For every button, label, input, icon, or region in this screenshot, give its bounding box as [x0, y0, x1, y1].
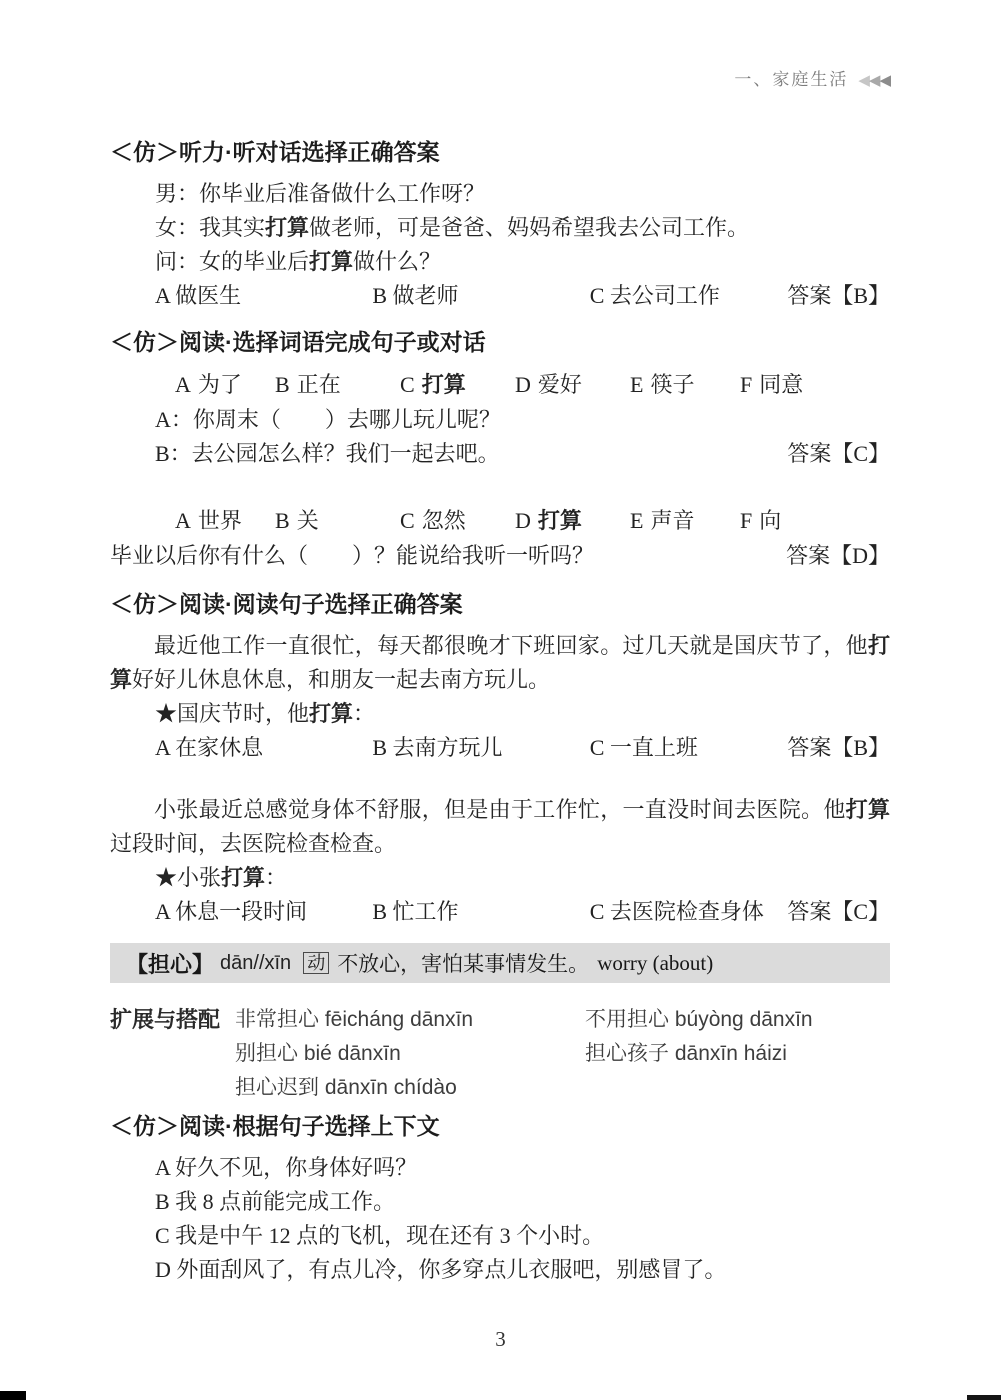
fill-blank-line-a: A：你周末（ ）去哪儿玩儿呢？	[155, 403, 890, 437]
bank-letter: E	[630, 372, 643, 397]
bank-item: A世界	[175, 503, 275, 539]
bank-word-target: 打算	[422, 372, 466, 397]
option-b: B 忙工作	[372, 895, 589, 929]
bank-word: 为了	[198, 372, 242, 397]
fill-blank-question: 毕业以后你有什么（ ）？能说给我听一听吗？	[110, 539, 594, 573]
bank-item: D爱好	[515, 367, 630, 403]
bank-item: B正在	[275, 367, 400, 403]
bank-item: E声音	[630, 503, 740, 539]
bank-word: 同意	[759, 372, 803, 397]
part-of-speech-tag: 动	[303, 952, 329, 974]
bank-word: 正在	[297, 372, 341, 397]
text-segment: 过段时间，去医院检查检查。	[110, 831, 396, 856]
option-a: A 休息一段时间	[155, 895, 372, 929]
answer-key: 答案【C】	[787, 437, 890, 471]
collocation-item: 别担心 bié dānxīn	[235, 1037, 585, 1071]
dialogue-line-male: 男：你毕业后准备做什么工作呀？	[155, 177, 890, 211]
collocations-block: 扩展与搭配 非常担心 fēicháng dānxīn 别担心 bié dānxī…	[110, 1003, 890, 1105]
bank-item: C忽然	[400, 503, 515, 539]
section-heading-word-choice: ＜仿＞阅读·选择词语完成句子或对话	[110, 329, 890, 355]
options-row: A 做医生 B 做老师 C 去公司工作 答案【B】	[155, 279, 890, 313]
bold-keyword: 打算	[265, 215, 309, 240]
triangle-left-icon: ◀	[869, 72, 880, 89]
answer-key: 答案【B】	[787, 279, 890, 313]
bank-letter: C	[400, 372, 415, 397]
word-bank-row: A为了 B正在 C打算 D爱好 E筷子 F同意	[175, 367, 890, 403]
bank-item: F向	[740, 503, 781, 539]
headword-banner: 【担心】 dān//xīn 动 不放心，害怕某事情发生。 worry (abou…	[110, 943, 890, 983]
text-segment: 男：你毕业后准备做什么工作呀？	[155, 181, 485, 206]
section-heading-reading: ＜仿＞阅读·阅读句子选择正确答案	[110, 591, 890, 617]
fill-blank-line-b: B：去公园怎么样？我们一起去吧。	[155, 437, 500, 471]
bank-letter: A	[175, 508, 191, 533]
text-segment: ：	[353, 701, 375, 726]
headword-english: worry (about)	[597, 951, 713, 976]
bank-letter: D	[515, 508, 531, 533]
collocations-label: 扩展与搭配	[110, 1003, 235, 1105]
bank-item: F同意	[740, 367, 803, 403]
bold-keyword: 打算	[846, 797, 890, 822]
section-heading-listening: ＜仿＞听力·听对话选择正确答案	[110, 139, 890, 165]
headword-definition: 不放心，害怕某事情发生。	[337, 948, 589, 978]
bank-word: 关	[297, 508, 319, 533]
text-segment: ：	[265, 865, 287, 890]
bank-letter: F	[740, 508, 752, 533]
option-c: C 去公司工作	[590, 279, 788, 313]
textbook-page: 一、家庭生活◀◀◀ ＜仿＞听力·听对话选择正确答案 男：你毕业后准备做什么工作呀…	[0, 0, 1001, 1400]
section-heading-context: ＜仿＞阅读·根据句子选择上下文	[110, 1113, 890, 1139]
triangle-left-icon: ◀	[858, 72, 869, 89]
bank-word: 筷子	[650, 372, 694, 397]
chapter-title: 一、家庭生活	[734, 70, 848, 89]
collocations-right-column: 不用担心 búyòng dānxīn 担心孩子 dānxīn háizi	[585, 1003, 813, 1105]
triangle-arrows: ◀◀◀	[858, 72, 890, 89]
page-number: 3	[0, 1327, 1001, 1352]
text-segment: 做老师，可是爸爸、妈妈希望我去公司工作。	[309, 215, 749, 240]
collocations-left-column: 非常担心 fēicháng dānxīn 别担心 bié dānxīn 担心迟到…	[235, 1003, 585, 1105]
option-b: B 去南方玩儿	[372, 731, 589, 765]
star-question-2: ★小张打算：	[155, 861, 890, 895]
bank-letter: E	[630, 508, 643, 533]
fill-blank-question-row: 毕业以后你有什么（ ）？能说给我听一听吗？ 答案【D】	[110, 539, 890, 573]
options-row: A 休息一段时间 B 忙工作 C 去医院检查身体 答案【C】	[155, 895, 890, 929]
bank-word: 声音	[650, 508, 694, 533]
bank-letter: F	[740, 372, 752, 397]
passage-1: 最近他工作一直很忙，每天都很晚才下班回家。过几天就是国庆节了，他打算好好儿休息休…	[110, 629, 890, 697]
bank-letter: D	[515, 372, 531, 397]
option-b: B 做老师	[372, 279, 589, 313]
collocation-item: 担心迟到 dānxīn chídào	[235, 1071, 585, 1105]
text-segment: 最近他工作一直很忙，每天都很晚才下班回家。过几天就是国庆节了，他	[154, 633, 868, 658]
text-segment: 好好儿休息休息，和朋友一起去南方玩儿。	[132, 667, 550, 692]
bank-letter: B	[275, 508, 290, 533]
triangle-left-icon: ◀	[879, 72, 890, 89]
passage-2: 小张最近总感觉身体不舒服，但是由于工作忙，一直没时间去医院。他打算过段时间，去医…	[110, 793, 890, 861]
bank-letter: A	[175, 372, 191, 397]
star-question-1: ★国庆节时，他打算：	[155, 697, 890, 731]
print-mark-bottom-left	[0, 1391, 26, 1400]
bank-letter: B	[275, 372, 290, 397]
bank-word: 向	[759, 508, 781, 533]
bank-word: 世界	[198, 508, 242, 533]
bank-word: 爱好	[538, 372, 582, 397]
bank-letter: C	[400, 508, 415, 533]
bold-keyword: 打算	[309, 701, 353, 726]
page-content: 一、家庭生活◀◀◀ ＜仿＞听力·听对话选择正确答案 男：你毕业后准备做什么工作呀…	[0, 0, 1001, 1287]
context-item-d: D 外面刮风了，有点儿冷，你多穿点儿衣服吧，别感冒了。	[155, 1253, 890, 1287]
text-segment: 问：女的毕业后	[155, 249, 309, 274]
answer-key: 答案【D】	[786, 539, 890, 573]
option-c: C 去医院检查身体	[590, 895, 788, 929]
option-a: A 做医生	[155, 279, 372, 313]
bank-item: C打算	[400, 367, 515, 403]
answer-key: 答案【C】	[787, 895, 890, 929]
option-c: C 一直上班	[590, 731, 788, 765]
collocation-item: 担心孩子 dānxīn háizi	[585, 1037, 813, 1071]
collocation-item: 不用担心 búyòng dānxīn	[585, 1003, 813, 1037]
bank-word-target: 打算	[538, 508, 582, 533]
context-item-c: C 我是中午 12 点的飞机，现在还有 3 个小时。	[155, 1219, 890, 1253]
option-a: A 在家休息	[155, 731, 372, 765]
dialogue-line-female: 女：我其实打算做老师，可是爸爸、妈妈希望我去公司工作。	[155, 211, 890, 245]
word-bank-row: A世界 B关 C忽然 D打算 E声音 F向	[175, 503, 890, 539]
context-item-a: A 好久不见，你身体好吗？	[155, 1151, 890, 1185]
bank-item: D打算	[515, 503, 630, 539]
text-segment: ★小张	[155, 865, 221, 890]
bold-keyword: 打算	[309, 249, 353, 274]
text-segment: ★国庆节时，他	[155, 701, 309, 726]
bold-keyword: 打算	[221, 865, 265, 890]
running-header: 一、家庭生活◀◀◀	[110, 0, 890, 93]
bank-item: A为了	[175, 367, 275, 403]
options-row: A 在家休息 B 去南方玩儿 C 一直上班 答案【B】	[155, 731, 890, 765]
headword-pinyin: dān//xīn	[220, 952, 291, 975]
bank-word: 忽然	[422, 508, 466, 533]
dialogue-line-question: 问：女的毕业后打算做什么？	[155, 245, 890, 279]
print-mark-bottom-right	[967, 1395, 1001, 1400]
headword: 【担心】	[126, 948, 214, 979]
answer-key: 答案【B】	[787, 731, 890, 765]
fill-blank-line-b-row: B：去公园怎么样？我们一起去吧。 答案【C】	[155, 437, 890, 471]
text-segment: 女：我其实	[155, 215, 265, 240]
bank-item: E筷子	[630, 367, 740, 403]
bank-item: B关	[275, 503, 400, 539]
text-segment: 小张最近总感觉身体不舒服，但是由于工作忙，一直没时间去医院。他	[154, 797, 846, 822]
collocation-item: 非常担心 fēicháng dānxīn	[235, 1003, 585, 1037]
context-item-b: B 我 8 点前能完成工作。	[155, 1185, 890, 1219]
text-segment: 做什么？	[353, 249, 441, 274]
